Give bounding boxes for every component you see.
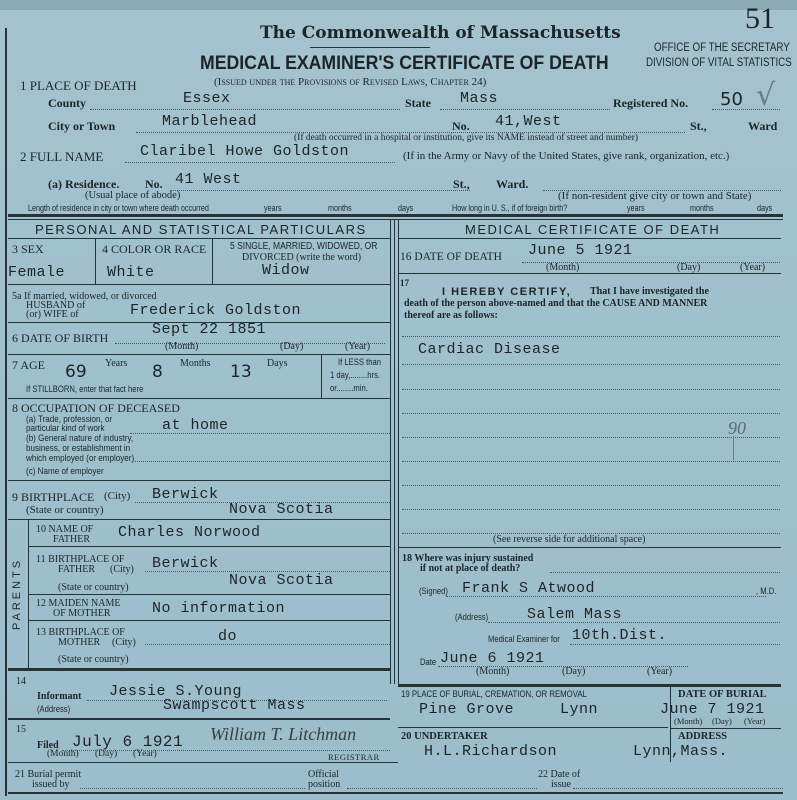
certificate-title: MEDICAL EXAMINER'S CERTIFICATE OF DEATH (200, 53, 609, 75)
burial-year-sub: (Year) (744, 716, 765, 726)
father-value: Charles Norwood (118, 524, 261, 541)
residence-sub: (Usual place of abode) (85, 190, 180, 201)
bottom-border (8, 792, 783, 794)
birthplace-state-sub: (State or country) (26, 504, 104, 516)
dod-label: 16 DATE OF DEATH (400, 251, 502, 263)
filed-date: July 6 1921 (72, 733, 183, 751)
filed-year-sub: (Year) (133, 749, 157, 759)
registrar-label: REGISTRAR (328, 752, 380, 762)
occupation-value: at home (162, 417, 229, 434)
undertaker-address-value: Lynn,Mass. (633, 743, 728, 760)
undertaker-value: H.L.Richardson (424, 743, 557, 760)
medical-row-rule-2 (398, 547, 781, 548)
examiner-year-sub: (Year) (647, 666, 672, 677)
certify-bold: I HEREBY CERTIFY, (442, 286, 571, 298)
certify-text-1: That I have investigated the (590, 286, 709, 297)
burial-divider (398, 684, 781, 687)
occ-c-label: (c) Name of employer (26, 466, 104, 477)
dod-year-sub: (Year) (740, 262, 765, 273)
res-st-label: St., (453, 177, 470, 192)
us-days-label: days (757, 203, 772, 213)
row-rule-4 (8, 398, 390, 399)
signed-label: (Signed) (419, 586, 448, 596)
medical-title-rule (398, 238, 781, 239)
row-rule-9 (28, 620, 390, 621)
informant-address: Swampscott Mass (163, 697, 306, 714)
examiner-date-value: June 6 1921 (440, 650, 545, 667)
dod-value: June 5 1921 (528, 242, 633, 259)
full-name-value: Claribel Howe Goldston (140, 143, 349, 160)
left-border (5, 28, 7, 796)
personal-section-title: PERSONAL AND STATISTICAL PARTICULARS (35, 222, 367, 237)
cause-line-6 (402, 461, 780, 462)
cause-line-7 (402, 485, 780, 486)
birthplace-state-value: Nova Scotia (229, 501, 334, 518)
filed-month-sub: (Month) (47, 749, 79, 759)
official-position-label-2: position (308, 779, 340, 790)
length-residence-label: Length of residence in city or town wher… (28, 203, 209, 213)
filed-num: 15 (16, 724, 26, 735)
street-value: 41,West (495, 113, 562, 130)
filed-day-sub: (Day) (95, 749, 117, 759)
examiner-address-label: (Address) (455, 612, 488, 622)
age-days-value: 13 (230, 362, 252, 382)
informant-divider (8, 668, 390, 671)
sex-label: 3 SEX (12, 242, 44, 257)
personal-title-rule (8, 238, 390, 239)
father-bp-state-sub: (State or country) (58, 582, 129, 593)
office-line-2: DIVISION OF VITAL STATISTICS (646, 57, 792, 69)
us-years-label: years (627, 203, 645, 213)
months-label: Months (180, 358, 211, 369)
medical-row-rule-1 (398, 273, 781, 274)
burial-row-rule (398, 727, 668, 728)
marital-label-1: 5 SINGLE, MARRIED, WIDOWED, OR (230, 241, 377, 252)
scan-edge (0, 0, 797, 10)
county-line (90, 109, 400, 110)
undertaker-label: 20 UNDERTAKER (401, 731, 488, 742)
city-label: City or Town (48, 119, 115, 134)
reverse-note: (See reverse side for additional space) (493, 534, 645, 545)
mother-bp-state-sub: (State or country) (58, 654, 129, 665)
race-divider (212, 238, 213, 284)
race-value: White (107, 264, 155, 281)
undertaker-address-label: ADDRESS (678, 731, 727, 742)
section-divider-top-2 (8, 219, 783, 220)
registered-label: Registered No. (613, 96, 688, 111)
registered-number: 50 (720, 89, 743, 110)
permit-divider (8, 762, 398, 763)
registrar-signature: William T. Litchman (210, 724, 356, 745)
father-bp-city-sub: (City) (110, 564, 134, 575)
district-value: 10th.Dist. (572, 627, 667, 644)
burial-date-rule (670, 728, 781, 729)
res-days-label: days (398, 203, 413, 213)
days-label: Days (267, 358, 288, 369)
state-value: Mass (460, 90, 498, 107)
less-label-2: 1 day,........hrs. (330, 370, 380, 380)
office-line-1: OFFICE OF THE SECRETARY (654, 42, 790, 54)
burial-permit-label-2: issued by (32, 779, 70, 790)
burial-month-sub: (Month) (674, 716, 702, 726)
section-divider-top (8, 214, 783, 217)
father-bp-city-value: Berwick (152, 555, 219, 572)
heading-rule (310, 47, 430, 48)
death-certificate: 51 The Commonwealth of Massachusetts MED… (0, 0, 797, 800)
race-label: 4 COLOR OR RACE (102, 242, 206, 257)
mother-bp-city-sub: (City) (112, 637, 136, 648)
father-bp-label-2: FATHER (58, 564, 95, 575)
signed-value: Frank S Atwood (462, 580, 595, 597)
informant-label: Informant (37, 691, 81, 702)
st-label: St., (690, 119, 707, 134)
center-divider-2 (398, 219, 399, 684)
mother-value: No information (152, 600, 285, 617)
occ-b-3: which employed (or employer) (26, 453, 134, 464)
full-name-line (125, 162, 395, 163)
dod-month-sub: (Month) (546, 262, 579, 273)
mother-bp-label-2: MOTHER (58, 637, 100, 648)
examiner-date-label: Date (420, 657, 436, 667)
row-rule-5 (8, 480, 390, 481)
cause-line-4 (402, 413, 780, 414)
cause-line-1 (402, 336, 780, 337)
burial-date-label: DATE OF BURIAL (678, 689, 767, 700)
certify-text-3: thereof are as follows: (404, 310, 498, 321)
filed-divider (8, 718, 390, 720)
date-of-issue-line (573, 788, 783, 789)
birthplace-city-value: Berwick (152, 486, 219, 503)
dob-month-sub: (Month) (165, 341, 198, 352)
state-line (440, 109, 610, 110)
stillborn-label: If STILLBORN, enter that fact here (26, 384, 143, 394)
foreign-birth-label: How long in U. S., if of foreign birth? (452, 203, 567, 213)
examiner-day-sub: (Day) (562, 666, 585, 677)
ward-label: Ward (748, 119, 777, 134)
burial-place-value: Pine Grove (419, 701, 514, 718)
sex-divider (95, 238, 96, 284)
date-of-issue-label-2: issue (551, 779, 571, 790)
age-years-value: 69 (65, 362, 87, 382)
father-bp-state-value: Nova Scotia (229, 572, 334, 589)
row-rule-8 (28, 594, 390, 595)
county-value: Essex (183, 90, 231, 107)
res-months-label: months (328, 203, 352, 213)
informant-num: 14 (16, 676, 26, 687)
md-label: , M.D. (756, 586, 776, 596)
full-name-label: 2 FULL NAME (20, 149, 103, 165)
marital-value: Widow (262, 262, 310, 279)
informant-address-label: (Address) (37, 704, 70, 714)
cause-value: Cardiac Disease (418, 341, 561, 358)
center-divider (394, 219, 395, 684)
district-line (570, 644, 780, 645)
page-number: 51 (745, 2, 775, 36)
age-label: 7 AGE (12, 358, 45, 373)
burial-day-sub: (Day) (712, 716, 732, 726)
examiner-for-label: Medical Examiner for (488, 634, 560, 644)
hospital-note: (If death occurred in a hospital or inst… (294, 133, 638, 143)
cause-line-5 (402, 437, 780, 438)
cause-line-2 (402, 364, 780, 365)
injury-label-2: if not at place of death? (420, 563, 520, 574)
left-col-right-border (390, 219, 391, 684)
row-rule-7 (28, 546, 390, 547)
margin-note: 90 (728, 418, 746, 439)
sex-value: Female (8, 264, 65, 281)
dob-day-sub: (Day) (280, 341, 303, 352)
dob-label: 6 DATE OF BIRTH (12, 331, 108, 346)
burial-permit-line (80, 788, 305, 789)
state-label: State (405, 96, 431, 111)
dob-year-sub: (Year) (345, 341, 370, 352)
nonresident-note: (If non-resident give city or town and S… (558, 190, 751, 202)
num-17: 17 (400, 278, 409, 288)
dod-day-sub: (Day) (677, 262, 700, 273)
cause-line-3 (402, 389, 780, 390)
res-years-label: years (264, 203, 282, 213)
place-of-death-label: 1 PLACE OF DEATH (20, 78, 137, 94)
mother-bp-city-value: do (218, 628, 237, 645)
birthplace-label: 9 BIRTHPLACE (12, 490, 94, 505)
res-ward-label: Ward. (496, 177, 528, 192)
margin-note-stroke (733, 436, 734, 460)
medical-section-title: MEDICAL CERTIFICATE OF DEATH (465, 222, 720, 237)
age-months-value: 8 (152, 362, 163, 382)
burial-town-value: Lynn (560, 701, 598, 718)
residence-line (170, 190, 470, 191)
occ-b-line (135, 461, 390, 462)
check-mark-icon: √ (756, 78, 775, 113)
mother-bp-line (145, 644, 390, 645)
less-label-1: If LESS than (338, 357, 381, 367)
examiner-month-sub: (Month) (476, 666, 509, 677)
us-months-label: months (690, 203, 714, 213)
city-value: Marblehead (162, 113, 257, 130)
row-rule-3 (8, 354, 390, 355)
less-than-divider (321, 354, 322, 398)
street-no-label: No. (452, 119, 470, 134)
row-rule-6 (8, 519, 390, 520)
birthplace-city-sub: (City) (104, 490, 130, 502)
certificate-subtitle: (Issued under the Provisions of Revised … (214, 76, 486, 88)
commonwealth-heading: The Commonwealth of Massachusetts (260, 23, 621, 43)
spouse-label-3: (or) WIFE of (26, 309, 79, 320)
residence-value: 41 West (175, 171, 242, 188)
injury-line (550, 572, 780, 573)
examiner-address-value: Salem Mass (527, 606, 622, 623)
less-label-3: or........min. (330, 383, 368, 393)
official-position-line (347, 788, 537, 789)
cause-line-8 (402, 509, 780, 510)
dob-value: Sept 22 1851 (152, 321, 266, 338)
row-rule-1 (8, 284, 390, 285)
burial-place-label: 19 PLACE OF BURIAL, CREMATION, OR REMOVA… (401, 689, 587, 700)
spouse-value: Frederick Goldston (130, 302, 301, 319)
mother-label-2: OF MOTHER (53, 608, 111, 619)
father-label-2: FATHER (53, 534, 90, 545)
army-note: (If in the Army or Navy of the United St… (403, 150, 729, 162)
certify-text-2: death of the person above-named and that… (404, 298, 707, 309)
county-label: County (48, 96, 86, 111)
parents-side-label: PARENTS (11, 558, 23, 630)
years-label: Years (105, 358, 127, 369)
